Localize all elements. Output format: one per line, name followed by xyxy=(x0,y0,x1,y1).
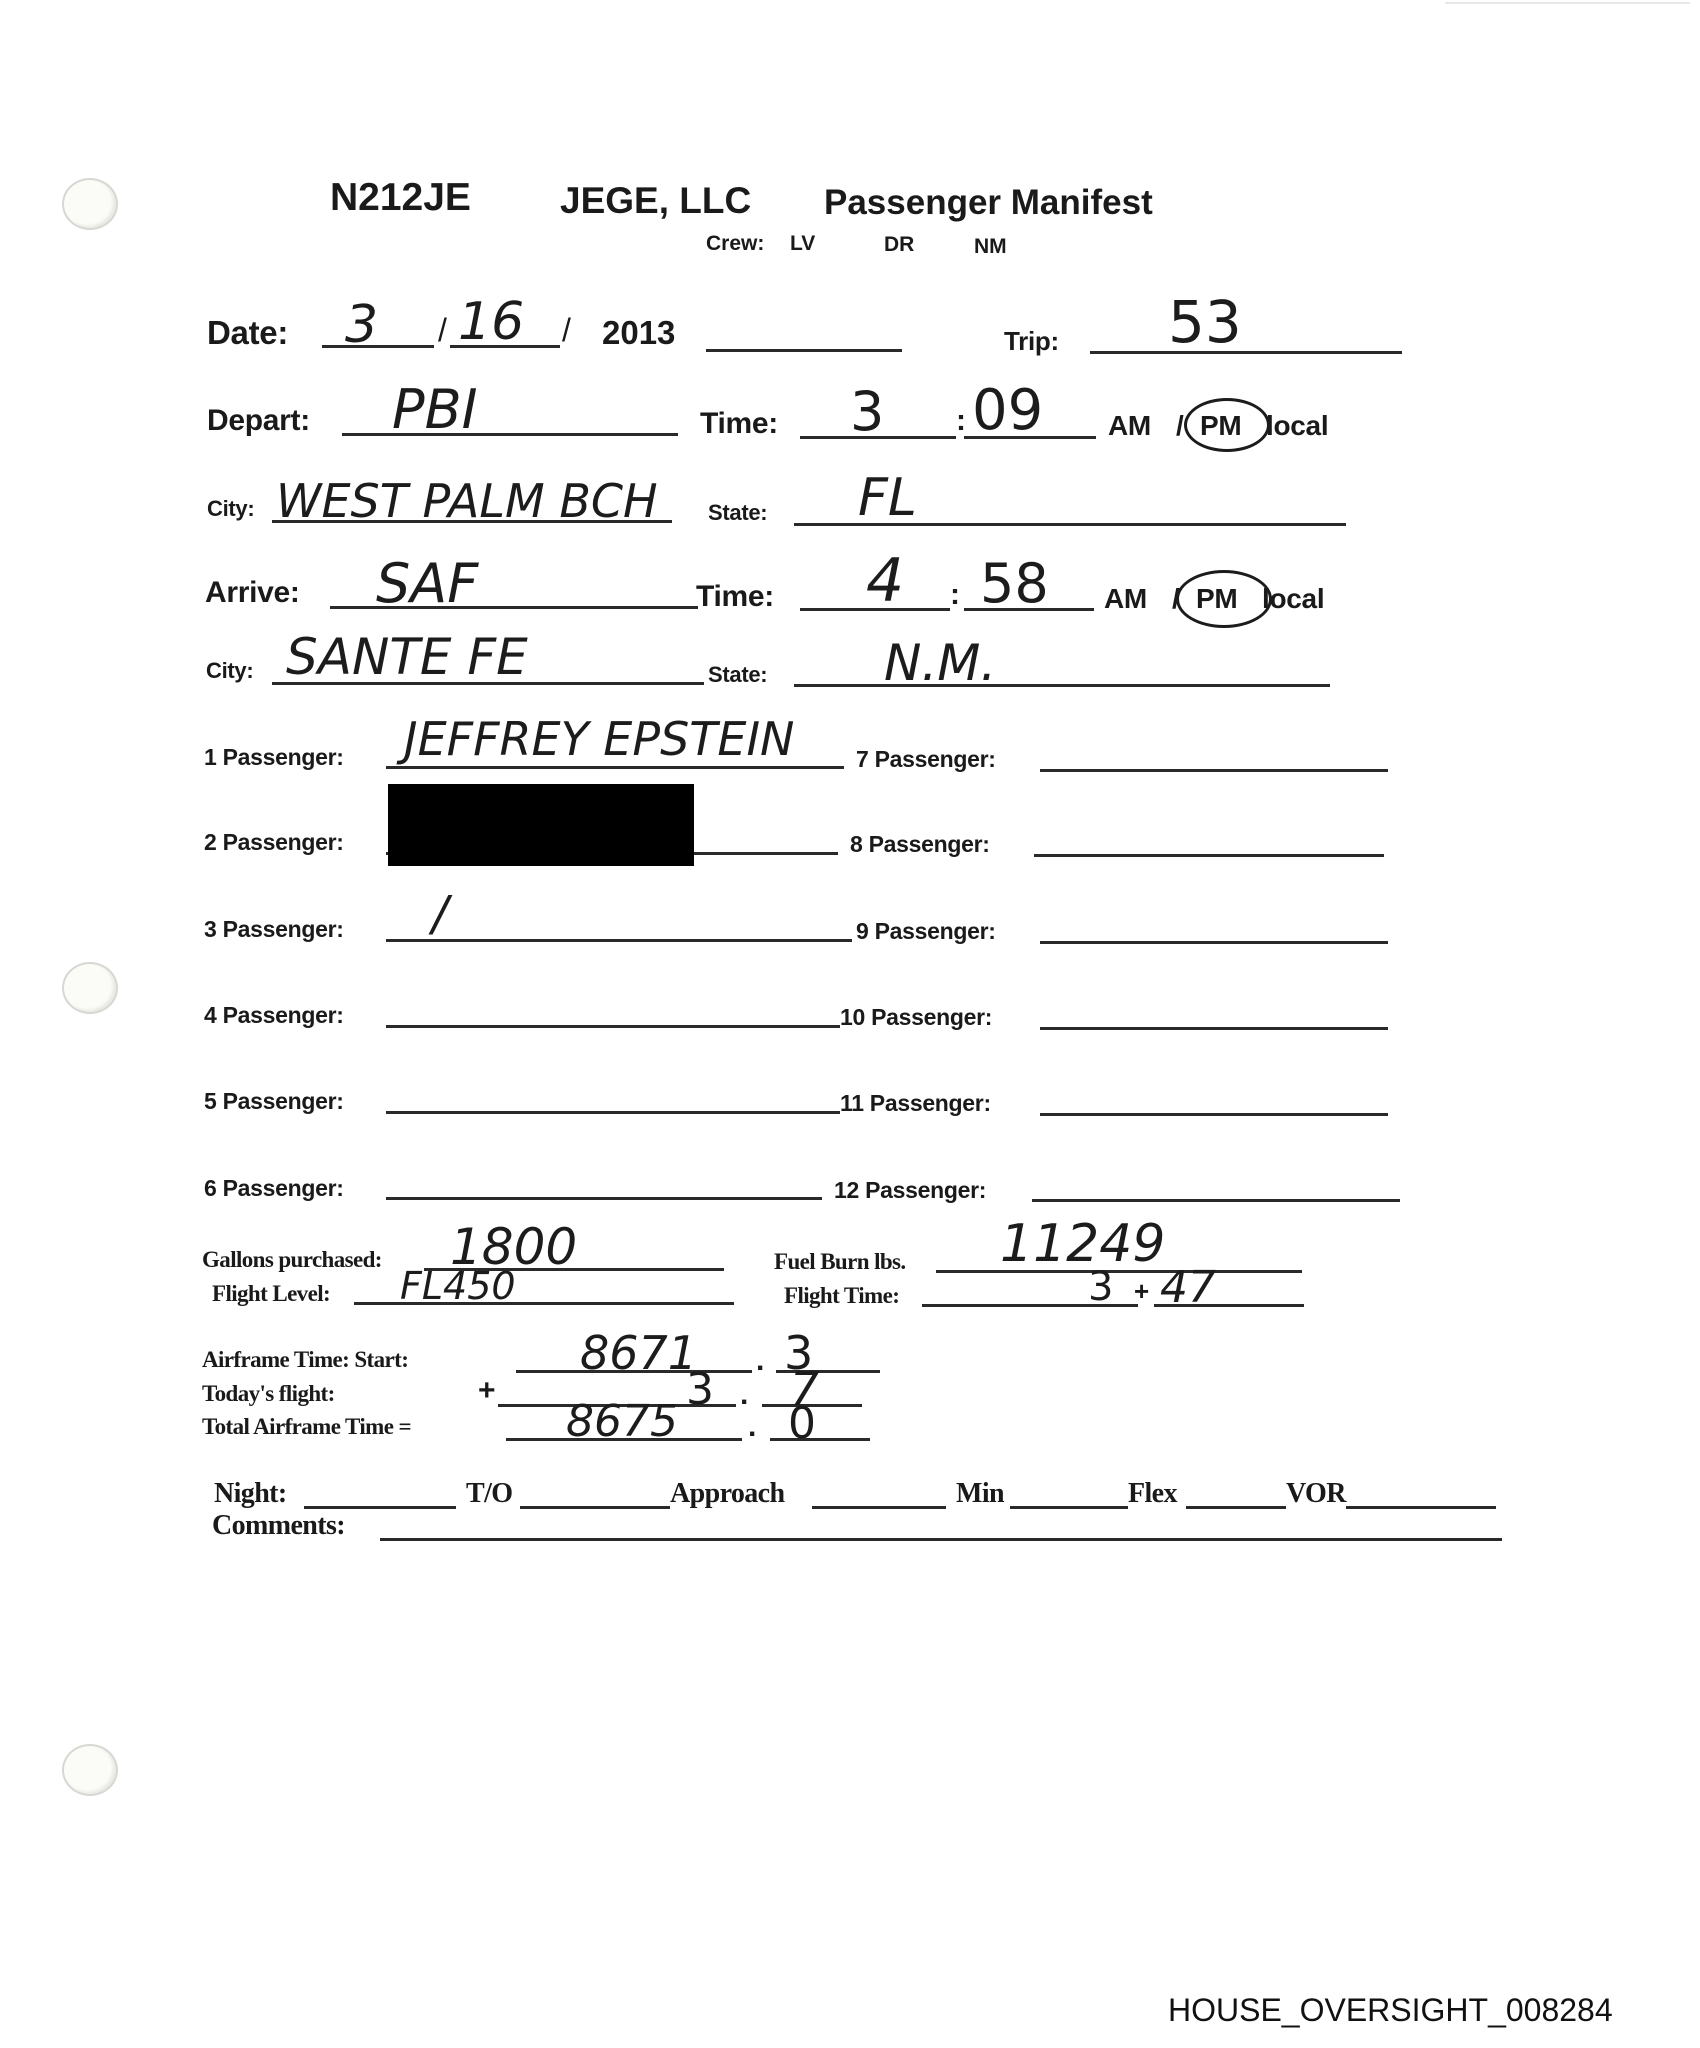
depart-airport[interactable]: PBI xyxy=(392,378,478,441)
depart-minute[interactable]: 09 xyxy=(972,378,1043,443)
passenger-10-line xyxy=(1040,1027,1388,1030)
flex-label: Flex xyxy=(1128,1478,1177,1510)
date-label: Date: xyxy=(207,314,288,352)
date-extra-line xyxy=(706,349,902,352)
flight-level-label: Flight Level: xyxy=(212,1281,330,1307)
approach-label: Approach xyxy=(670,1478,785,1510)
arrive-label: Arrive: xyxy=(205,576,300,610)
flight-time-hours[interactable]: 3 xyxy=(1088,1264,1113,1310)
passenger-1-line xyxy=(386,766,844,769)
night-line xyxy=(304,1506,456,1509)
trip-line xyxy=(1090,351,1402,354)
total-airframe-tenth[interactable]: 0 xyxy=(788,1398,816,1449)
passenger-5-line xyxy=(386,1111,840,1114)
depart-colon: : xyxy=(956,404,966,438)
arrive-colon: : xyxy=(950,578,960,612)
passenger-1-name[interactable]: JEFFREY EPSTEIN xyxy=(404,712,794,766)
todays-flight-dot: . xyxy=(740,1378,748,1412)
date-year: 2013 xyxy=(602,314,675,352)
passenger-7-line xyxy=(1040,769,1388,772)
todays-flight-whole[interactable]: 3 xyxy=(686,1364,714,1415)
flex-line xyxy=(1186,1506,1286,1509)
vor-label: VOR xyxy=(1286,1478,1346,1510)
todays-flight-plus: + xyxy=(478,1374,496,1408)
date-day[interactable]: 16 xyxy=(458,292,524,352)
binder-hole-top xyxy=(62,178,118,230)
passenger-3-label: 3 Passenger: xyxy=(204,916,344,943)
depart-am[interactable]: AM xyxy=(1108,410,1151,442)
fuel-burn-label: Fuel Burn lbs. xyxy=(774,1249,906,1275)
crew-label: Crew: xyxy=(706,232,764,256)
total-airframe-label: Total Airframe Time = xyxy=(202,1414,411,1440)
date-sep-2: / xyxy=(562,312,571,349)
scan-edge-mark xyxy=(1445,2,1690,4)
depart-hour[interactable]: 3 xyxy=(850,380,884,443)
passenger-11-line xyxy=(1040,1113,1388,1116)
arrive-time-label: Time: xyxy=(696,580,774,614)
date-month[interactable]: 3 xyxy=(345,295,378,355)
passenger-8-label: 8 Passenger: xyxy=(850,831,990,858)
arrive-city[interactable]: SANTE FE xyxy=(286,628,528,686)
trip-number[interactable]: 53 xyxy=(1168,288,1242,356)
bates-number: HOUSE_OVERSIGHT_008284 xyxy=(1168,1992,1613,2029)
arrive-state-line xyxy=(794,684,1330,687)
passenger-3-line xyxy=(386,939,852,942)
arrive-airport[interactable]: SAF xyxy=(376,552,478,615)
arrive-pm-circle-mark xyxy=(1176,570,1272,628)
depart-slash: / xyxy=(1176,410,1183,442)
total-airframe-tenth-line xyxy=(770,1438,870,1441)
tail-number: N212JE xyxy=(330,176,471,220)
arrive-local: local xyxy=(1262,583,1324,615)
depart-city[interactable]: WEST PALM BCH xyxy=(276,474,658,528)
passenger-9-label: 9 Passenger: xyxy=(856,918,996,945)
passenger-2-label: 2 Passenger: xyxy=(204,829,344,856)
fuel-burn-value[interactable]: 11249 xyxy=(1000,1214,1165,1274)
airframe-start-dot: . xyxy=(756,1344,764,1378)
gallons-label: Gallons purchased: xyxy=(202,1247,382,1273)
depart-time-label: Time: xyxy=(700,407,778,441)
depart-state-label: State: xyxy=(708,500,767,526)
depart-state[interactable]: FL xyxy=(858,468,917,528)
depart-city-label: City: xyxy=(207,496,254,522)
passenger-3-name[interactable]: / xyxy=(432,886,448,942)
comments-line xyxy=(380,1538,1502,1541)
binder-hole-bottom xyxy=(62,1744,118,1796)
redaction-box xyxy=(388,784,694,866)
passenger-12-line xyxy=(1032,1199,1400,1202)
passenger-7-label: 7 Passenger: xyxy=(856,746,996,773)
depart-local: local xyxy=(1266,410,1328,442)
total-airframe-dot: . xyxy=(748,1410,756,1444)
date-sep-1: / xyxy=(438,312,447,349)
total-airframe-whole[interactable]: 8675 xyxy=(566,1396,678,1447)
flight-time-minutes[interactable]: 47 xyxy=(1160,1262,1216,1313)
min-label: Min xyxy=(956,1478,1004,1510)
min-line xyxy=(1010,1506,1128,1509)
arrive-state[interactable]: N.M. xyxy=(884,634,996,692)
company-name: JEGE, LLC xyxy=(560,180,751,222)
trip-label: Trip: xyxy=(1004,326,1059,357)
passenger-5-label: 5 Passenger: xyxy=(204,1088,344,1115)
arrive-am[interactable]: AM xyxy=(1104,583,1147,615)
arrive-minute[interactable]: 58 xyxy=(980,552,1049,615)
passenger-10-label: 10 Passenger: xyxy=(840,1004,992,1031)
flight-time-plus: + xyxy=(1134,1276,1149,1307)
passenger-4-label: 4 Passenger: xyxy=(204,1002,344,1029)
passenger-8-line xyxy=(1034,854,1384,857)
crew-1: LV xyxy=(790,232,815,256)
binder-hole-middle xyxy=(62,962,118,1014)
passenger-6-line xyxy=(386,1197,822,1200)
depart-label: Depart: xyxy=(207,404,310,438)
arrive-hour[interactable]: 4 xyxy=(866,546,904,616)
airframe-start-label: Airframe Time: Start: xyxy=(202,1347,408,1373)
passenger-6-label: 6 Passenger: xyxy=(204,1175,344,1202)
passenger-9-line xyxy=(1040,941,1388,944)
arrive-city-label: City: xyxy=(206,658,253,684)
flight-level-value[interactable]: FL450 xyxy=(400,1264,516,1308)
crew-3: NM xyxy=(974,235,1007,259)
vor-line xyxy=(1346,1506,1496,1509)
depart-pm-circle-mark xyxy=(1184,398,1270,452)
airframe-start-whole[interactable]: 8671 xyxy=(580,1326,697,1380)
comments-label: Comments: xyxy=(212,1510,345,1542)
arrive-state-label: State: xyxy=(708,662,767,688)
crew-2: DR xyxy=(884,233,914,257)
approach-line xyxy=(812,1506,946,1509)
passenger-12-label: 12 Passenger: xyxy=(834,1177,986,1204)
night-label: Night: xyxy=(214,1478,287,1510)
page-title: Passenger Manifest xyxy=(824,183,1153,223)
passenger-4-line xyxy=(386,1025,840,1028)
passenger-1-label: 1 Passenger: xyxy=(204,744,344,771)
takeoff-line xyxy=(520,1506,670,1509)
todays-flight-label: Today's flight: xyxy=(202,1381,335,1407)
flight-time-label: Flight Time: xyxy=(784,1283,899,1309)
passenger-11-label: 11 Passenger: xyxy=(840,1090,991,1117)
takeoff-label: T/O xyxy=(466,1478,512,1510)
